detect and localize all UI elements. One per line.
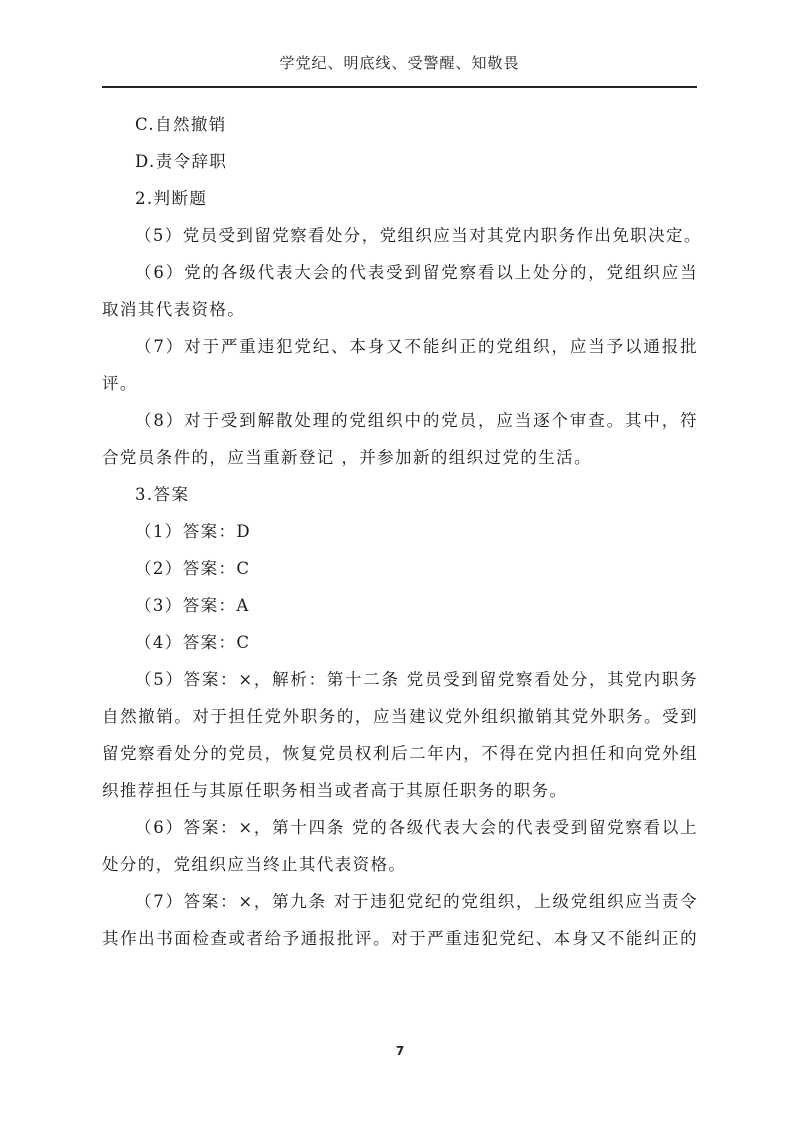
- answer-line: （4）答案：C: [102, 624, 698, 661]
- answer-line: （1）答案：D: [102, 513, 698, 550]
- text-line: 留党察看处分的党员，恢复党员权利后二年内，不得在党内担任和向党外组: [102, 735, 698, 772]
- text-line: 评。: [102, 365, 698, 402]
- text-line: 其作出书面检查或者给予通报批评。对于严重违犯党纪、本身又不能纠正的: [102, 920, 698, 957]
- document-body: C.自然撤销 D.责令辞职 2.判断题 （5）党员受到留党察看处分，党组织应当对…: [102, 106, 698, 957]
- text-line: D.责令辞职: [102, 143, 698, 180]
- answer-line: （6）答案：×，第十四条 党的各级代表大会的代表受到留党察看以上: [102, 809, 698, 846]
- text-line: 取消其代表资格。: [102, 291, 698, 328]
- text-line: （6）党的各级代表大会的代表受到留党察看以上处分的，党组织应当: [102, 254, 698, 291]
- text-line: 合党员条件的，应当重新登记 ，并参加新的组织过党的生活。: [102, 439, 698, 476]
- answer-line: （2）答案：C: [102, 550, 698, 587]
- header-divider: [102, 86, 697, 88]
- page-header-title: 学党纪、明底线、受警醒、知敬畏: [102, 52, 697, 73]
- text-line: （7）对于严重违犯党纪、本身又不能纠正的党组织，应当予以通报批: [102, 328, 698, 365]
- answer-line: （5）答案：×，解析：第十二条 党员受到留党察看处分，其党内职务: [102, 661, 698, 698]
- text-line: 自然撤销。对于担任党外职务的，应当建议党外组织撤销其党外职务。受到: [102, 698, 698, 735]
- section-heading: 3.答案: [102, 476, 698, 513]
- text-line: C.自然撤销: [102, 106, 698, 143]
- text-line: 织推荐担任与其原任职务相当或者高于其原任职务的职务。: [102, 772, 698, 809]
- page-number: 7: [0, 1044, 800, 1058]
- text-line: （5）党员受到留党察看处分，党组织应当对其党内职务作出免职决定。: [102, 217, 698, 254]
- answer-line: （7）答案：×，第九条 对于违犯党纪的党组织，上级党组织应当责令: [102, 883, 698, 920]
- text-line: （8）对于受到解散处理的党组织中的党员，应当逐个审查。其中，符: [102, 402, 698, 439]
- text-line: 2.判断题: [102, 180, 698, 217]
- text-line: 处分的，党组织应当终止其代表资格。: [102, 846, 698, 883]
- answer-line: （3）答案：A: [102, 587, 698, 624]
